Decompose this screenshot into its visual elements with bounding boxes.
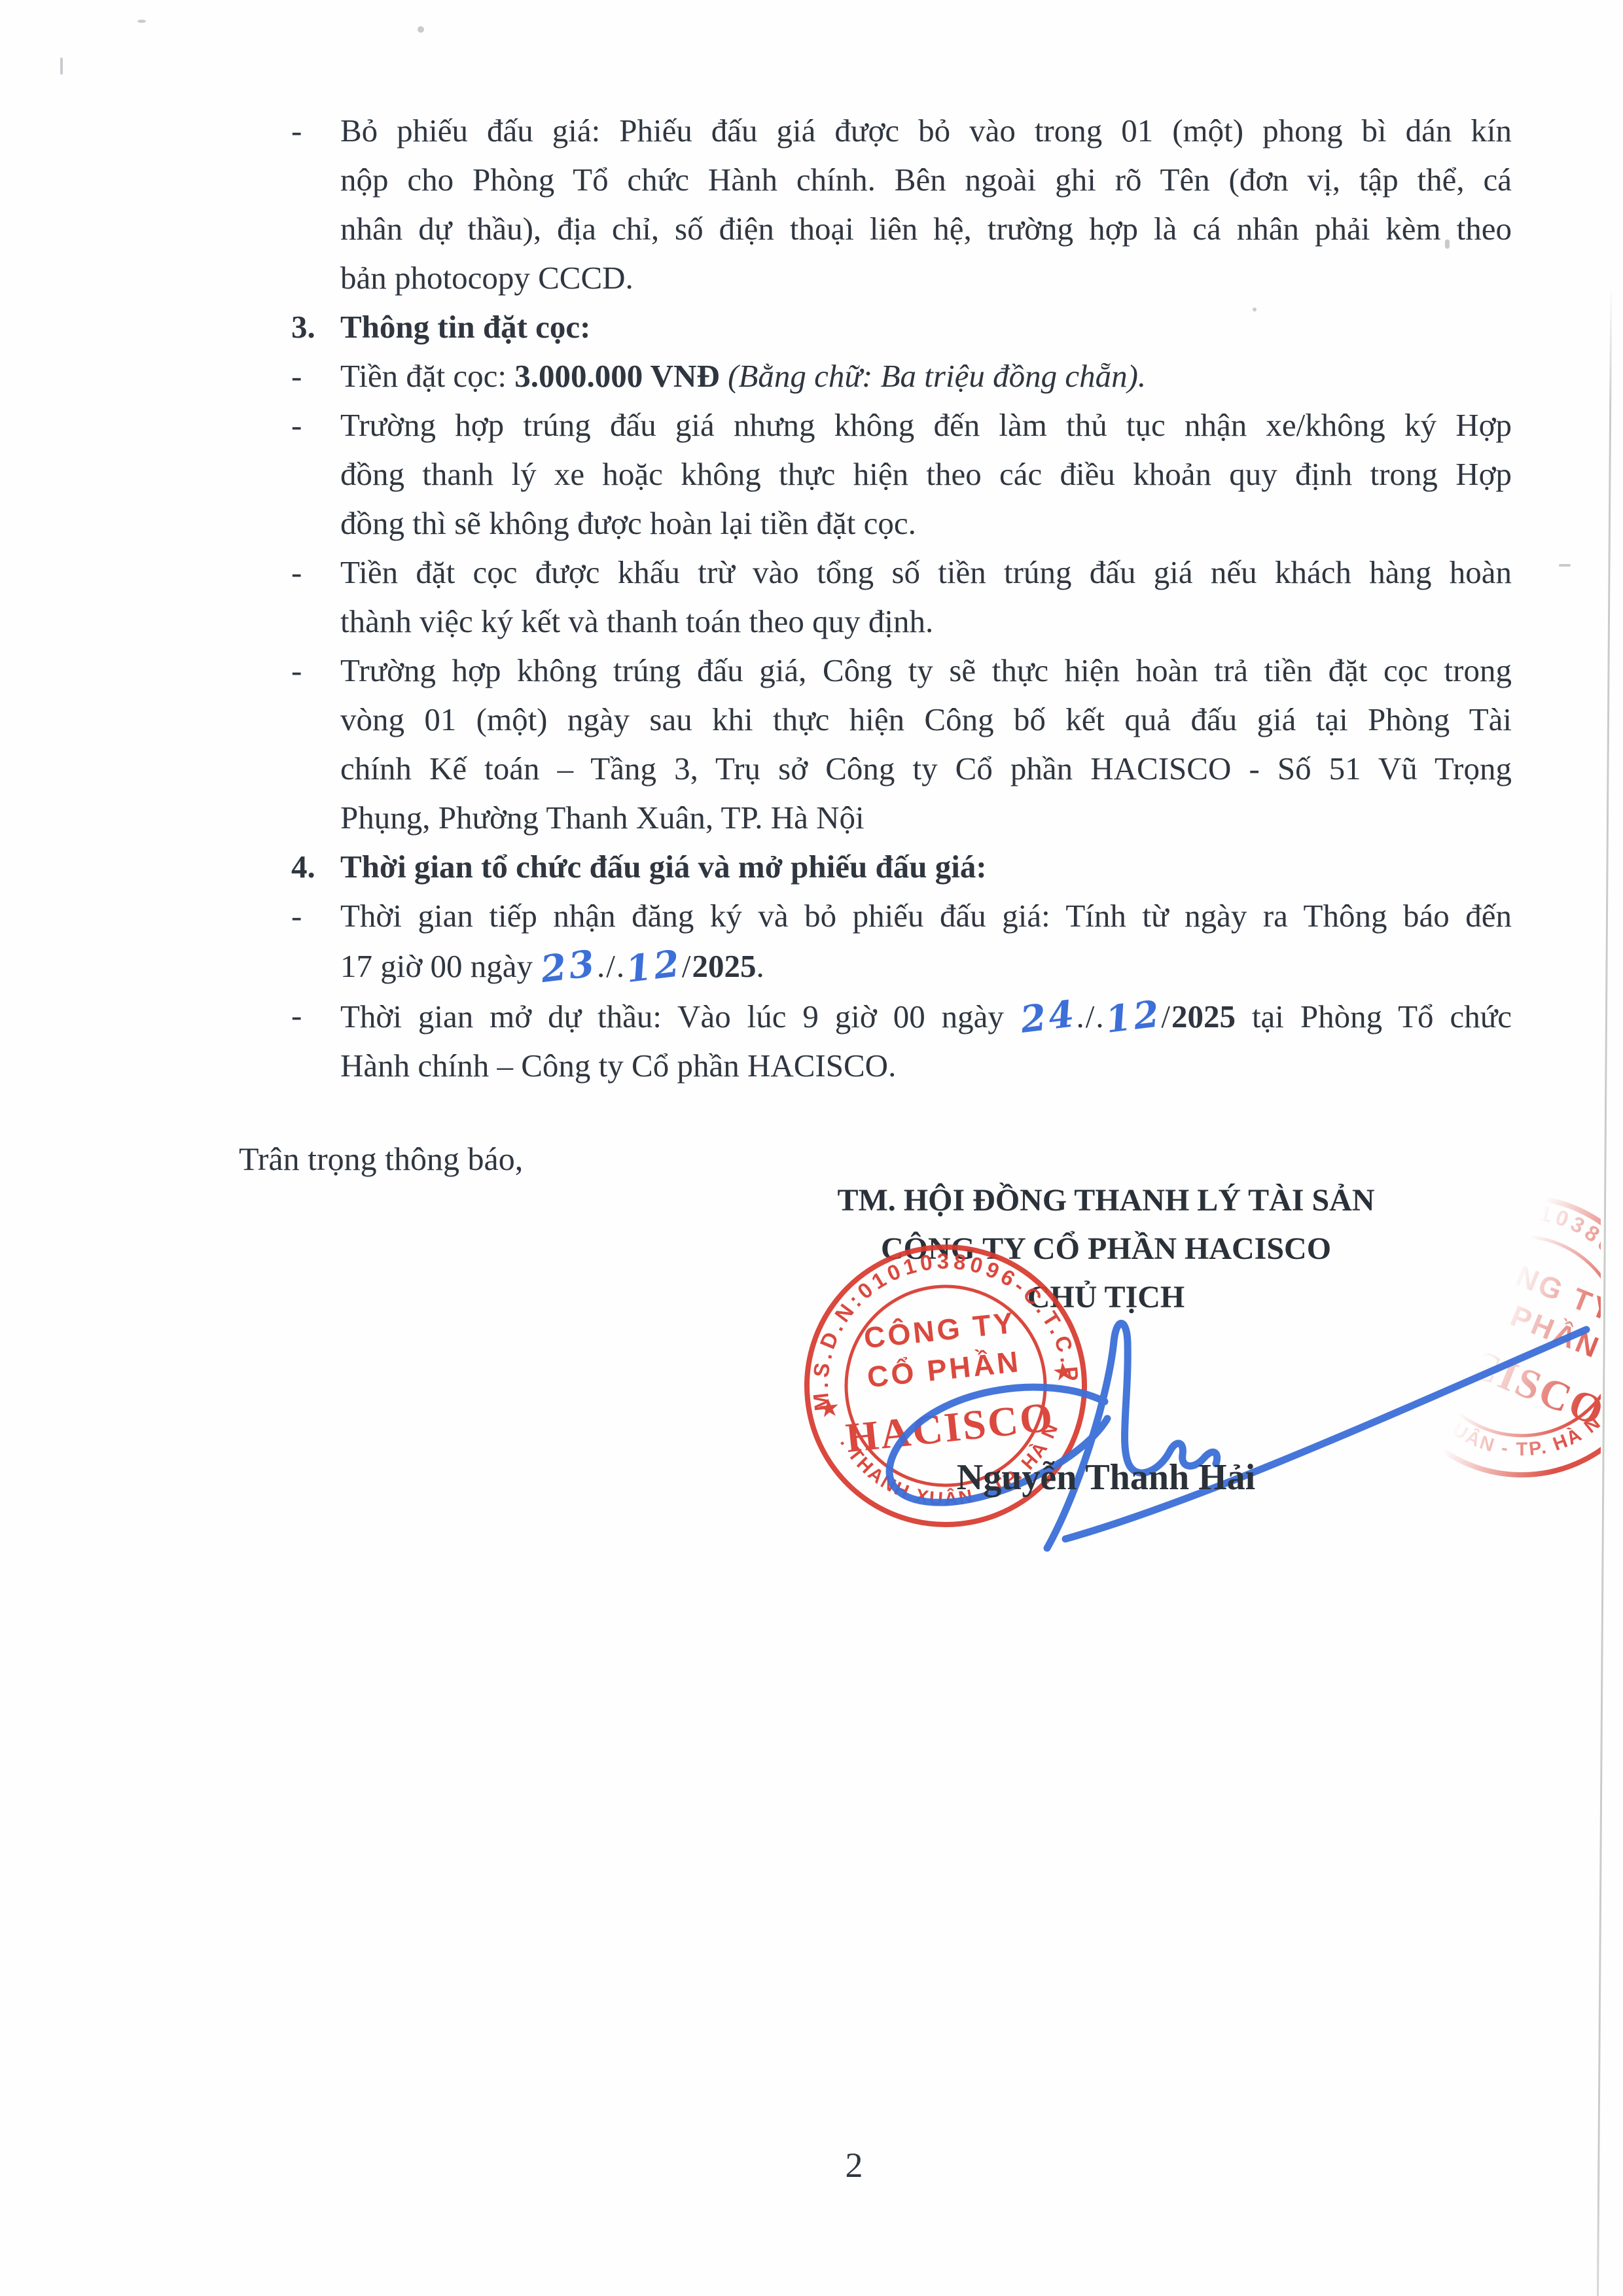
text-line: vòng 01 (một) ngày sau khi thực hiện Côn…	[340, 695, 1512, 744]
scanned-document-page: -Bỏ phiếu đấu giá: Phiếu đấu giá được bỏ…	[0, 0, 1623, 2296]
text-line: Thông tin đặt cọc:	[340, 302, 1512, 351]
text-line: Tiền đặt cọc được khấu trừ vào tổng số t…	[340, 548, 1512, 597]
bullet-dash: -	[291, 646, 340, 695]
signature-block: TM. HỘI ĐỒNG THANH LÝ TÀI SẢN CÔNG TY CỔ…	[772, 1176, 1440, 1322]
text-line: Thời gian tiếp nhận đăng ký và bỏ phiếu …	[340, 891, 1512, 940]
text-line: nhân dự thầu), địa chỉ, số điện thoại li…	[340, 204, 1512, 253]
text-line: Tiền đặt cọc: 3.000.000 VNĐ (Bằng chữ: B…	[340, 351, 1512, 400]
item-number: 4.	[291, 842, 340, 891]
list-item: -Tiền đặt cọc: 3.000.000 VNĐ (Bằng chữ: …	[291, 351, 1512, 400]
list-item: -Bỏ phiếu đấu giá: Phiếu đấu giá được bỏ…	[291, 106, 1512, 302]
list-item: -Tiền đặt cọc được khấu trừ vào tổng số …	[291, 548, 1512, 646]
list-item: -Trường hợp trúng đấu giá nhưng không đế…	[291, 400, 1512, 548]
numbered-heading: 4.Thời gian tổ chức đấu giá và mở phiếu …	[291, 842, 1512, 891]
bullet-dash: -	[291, 351, 340, 400]
numbered-heading: 3.Thông tin đặt cọc:	[291, 302, 1512, 351]
signer-name: Nguyễn Thanh Hải	[772, 1457, 1440, 1498]
scan-speck	[1559, 564, 1571, 567]
bullet-dash: -	[291, 548, 340, 597]
signature-authority-line: TM. HỘI ĐỒNG THANH LÝ TÀI SẢN	[772, 1176, 1440, 1225]
text-line: bản photocopy CCCD.	[340, 253, 1512, 302]
text-line: thành việc ký kết và thanh toán theo quy…	[340, 597, 1512, 646]
scan-edge-line	[1597, 285, 1612, 2296]
scan-speck	[418, 26, 424, 33]
text-line: Thời gian mở dự thầu: Vào lúc 9 giờ 00 n…	[340, 991, 1512, 1041]
signature-company-line: CÔNG TY CỔ PHẦN HACISCO	[772, 1225, 1440, 1273]
bullet-dash: -	[291, 400, 340, 450]
bullet-dash: -	[291, 891, 340, 940]
item-number: 3.	[291, 302, 340, 351]
signature-title-line: CHỦ TỊCH	[772, 1273, 1440, 1322]
text-line: Hành chính – Công ty Cổ phần HACISCO.	[340, 1041, 1512, 1090]
text-line: đồng thì sẽ không được hoàn lại tiền đặt…	[340, 499, 1512, 548]
list-item: -Trường hợp không trúng đấu giá, Công ty…	[291, 646, 1512, 842]
text-line: Thời gian tổ chức đấu giá và mở phiếu đấ…	[340, 842, 1512, 891]
text-line: đồng thanh lý xe hoặc không thực hiện th…	[340, 450, 1512, 499]
bullet-dash: -	[291, 106, 340, 155]
text-line: Phụng, Phường Thanh Xuân, TP. Hà Nội	[340, 793, 1512, 842]
list-item: -Thời gian mở dự thầu: Vào lúc 9 giờ 00 …	[291, 991, 1512, 1090]
handwritten-signature	[889, 1323, 1586, 1548]
text-line: 17 giờ 00 ngày 23./.12/2025.	[340, 940, 1512, 991]
scan-speck	[1253, 308, 1257, 311]
page-number: 2	[811, 2145, 897, 2185]
text-line: chính Kế toán – Tầng 3, Trụ sở Công ty C…	[340, 744, 1512, 793]
text-line: Trường hợp không trúng đấu giá, Công ty …	[340, 646, 1512, 695]
text-line: Bỏ phiếu đấu giá: Phiếu đấu giá được bỏ …	[340, 106, 1512, 155]
scan-speck	[60, 58, 63, 75]
content-list: -Bỏ phiếu đấu giá: Phiếu đấu giá được bỏ…	[291, 106, 1512, 1090]
scan-speck	[1445, 239, 1450, 249]
scan-speck	[137, 20, 146, 23]
text-line: Trường hợp trúng đấu giá nhưng không đến…	[340, 400, 1512, 450]
bullet-dash: -	[291, 991, 340, 1040]
text-line: nộp cho Phòng Tổ chức Hành chính. Bên ng…	[340, 155, 1512, 204]
closing-line: Trân trọng thông báo,	[239, 1140, 523, 1178]
list-item: -Thời gian tiếp nhận đăng ký và bỏ phiếu…	[291, 891, 1512, 991]
